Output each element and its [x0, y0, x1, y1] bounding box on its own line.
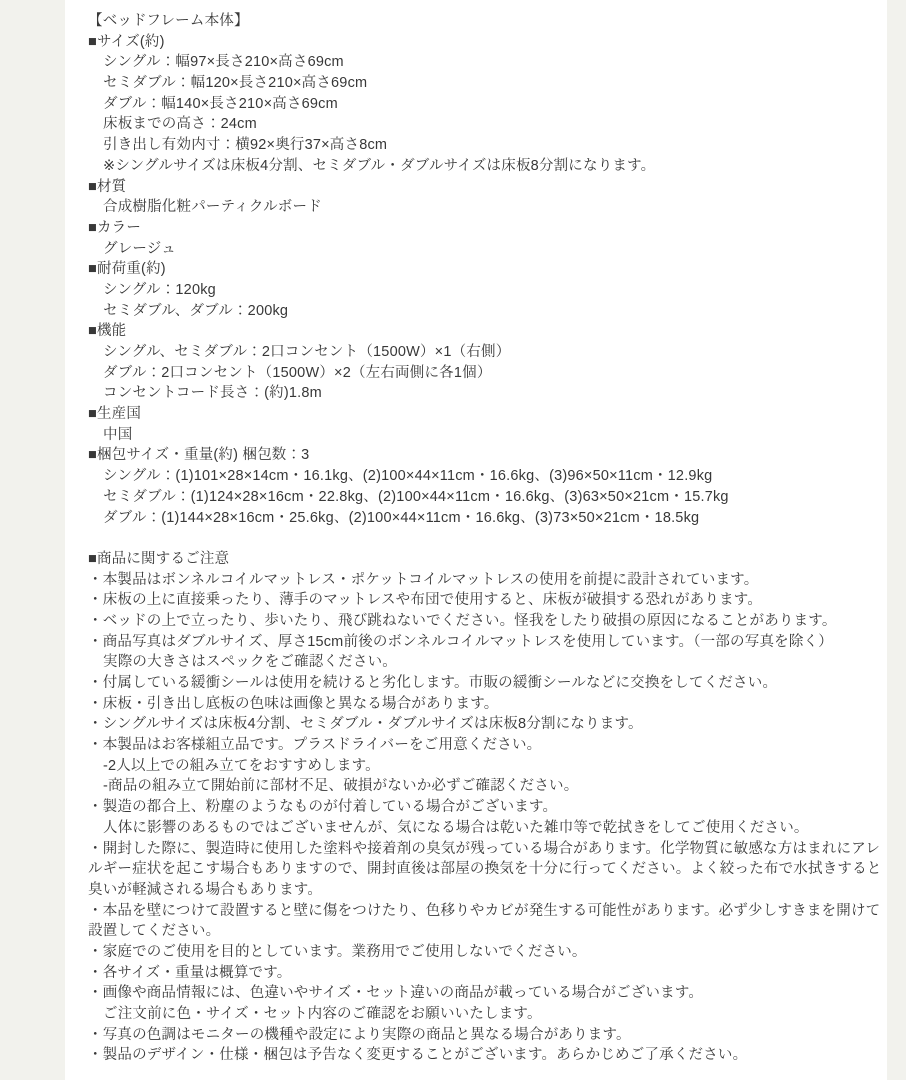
notice-line: ・シングルサイズは床板4分割、セミダブル・ダブルサイズは床板8分割になります。	[88, 714, 887, 735]
notice-line: 設置してください。	[88, 921, 887, 942]
product-description-panel: 【ベッドフレーム本体】 ■サイズ(約)シングル：幅97×長さ210×高さ69cm…	[65, 0, 887, 1080]
spec-lines: ■サイズ(約)シングル：幅97×長さ210×高さ69cmセミダブル：幅120×長…	[88, 32, 887, 529]
notice-line: ・画像や商品情報には、色違いやサイズ・セット違いの商品が載っている場合がございま…	[88, 983, 887, 1004]
spec-line: シングル：120kg	[88, 280, 887, 301]
spec-line: 合成樹脂化粧パーティクルボード	[88, 197, 887, 218]
notice-line: ・ベッドの上で立ったり、歩いたり、飛び跳ねないでください。怪我をしたり破損の原因…	[88, 611, 887, 632]
notice-line: ・製品のデザイン・仕様・梱包は予告なく変更することがございます。あらかじめご了承…	[88, 1045, 887, 1066]
spec-line: コンセントコード長さ：(約)1.8m	[88, 383, 887, 404]
spec-line: シングル：(1)101×28×14cm・16.1kg、(2)100×44×11c…	[88, 466, 887, 487]
spec-section-title: ■耐荷重(約)	[88, 259, 887, 280]
notice-line: ・床板の上に直接乗ったり、薄手のマットレスや布団で使用すると、床板が破損する恐れ…	[88, 590, 887, 611]
notice-line: ・各サイズ・重量は概算です。	[88, 963, 887, 984]
product-spec-heading: 【ベッドフレーム本体】	[88, 11, 887, 32]
notice-line: ・床板・引き出し底板の色味は画像と異なる場合があります。	[88, 694, 887, 715]
notice-block: ■商品に関するご注意 ・本製品はボンネルコイルマットレス・ポケットコイルマットレ…	[88, 549, 887, 1066]
spec-line: 中国	[88, 425, 887, 446]
notice-line: -商品の組み立て開始前に部材不足、破損がないか必ずご確認ください。	[88, 776, 887, 797]
notice-line: 人体に影響のあるものではございませんが、気になる場合は乾いた雑巾等で乾拭きをして…	[88, 818, 887, 839]
spec-section-title: ■機能	[88, 321, 887, 342]
spec-section-title: ■材質	[88, 177, 887, 198]
spec-line: セミダブル：幅120×長さ210×高さ69cm	[88, 73, 887, 94]
spec-line: シングル：幅97×長さ210×高さ69cm	[88, 52, 887, 73]
notice-line: 実際の大きさはスペックをご確認ください。	[88, 652, 887, 673]
notice-line: ・家庭でのご使用を目的としています。業務用でご使用しないでください。	[88, 942, 887, 963]
notice-lines: ・本製品はボンネルコイルマットレス・ポケットコイルマットレスの使用を前提に設計さ…	[88, 570, 887, 1067]
product-description-content: 【ベッドフレーム本体】 ■サイズ(約)シングル：幅97×長さ210×高さ69cm…	[65, 0, 887, 1066]
spec-line: ダブル：2口コンセント（1500W）×2（左右両側に各1個）	[88, 363, 887, 384]
spec-line: 引き出し有効内寸：横92×奥行37×高さ8cm	[88, 135, 887, 156]
notice-line: ・写真の色調はモニターの機種や設定により実際の商品と異なる場合があります。	[88, 1025, 887, 1046]
spec-line: ※シングルサイズは床板4分割、セミダブル・ダブルサイズは床板8分割になります。	[88, 156, 887, 177]
notice-line: ・商品写真はダブルサイズ、厚さ15cm前後のボンネルコイルマットレスを使用してい…	[88, 632, 887, 653]
spec-line: セミダブル：(1)124×28×16cm・22.8kg、(2)100×44×11…	[88, 487, 887, 508]
spec-line: シングル、セミダブル：2口コンセント（1500W）×1（右側）	[88, 342, 887, 363]
spec-line: ダブル：幅140×長さ210×高さ69cm	[88, 94, 887, 115]
spec-section-title: ■生産国	[88, 404, 887, 425]
spec-line: ダブル：(1)144×28×16cm・25.6kg、(2)100×44×11cm…	[88, 508, 887, 529]
notice-line: ・本製品はお客様組立品です。プラスドライバーをご用意ください。	[88, 735, 887, 756]
spec-line: グレージュ	[88, 239, 887, 260]
spec-section-title: ■梱包サイズ・重量(約) 梱包数：3	[88, 445, 887, 466]
notice-line: ルギー症状を起こす場合もありますので、開封直後は部屋の換気を十分に行ってください…	[88, 859, 887, 880]
notice-line: ・製造の都合上、粉塵のようなものが付着している場合がございます。	[88, 797, 887, 818]
spec-section-title: ■カラー	[88, 218, 887, 239]
spec-section-title: ■サイズ(約)	[88, 32, 887, 53]
notice-line: ご注文前に色・サイズ・セット内容のご確認をお願いいたします。	[88, 1004, 887, 1025]
notice-line: -2人以上での組み立てをおすすめします。	[88, 756, 887, 777]
notice-line: ・開封した際に、製造時に使用した塗料や接着剤の臭気が残っている場合があります。化…	[88, 839, 887, 860]
notice-line: ・本製品はボンネルコイルマットレス・ポケットコイルマットレスの使用を前提に設計さ…	[88, 570, 887, 591]
spec-line: セミダブル、ダブル：200kg	[88, 301, 887, 322]
notice-line: ・本品を壁につけて設置すると壁に傷をつけたり、色移りやカビが発生する可能性があり…	[88, 901, 887, 922]
notice-line: ・付属している緩衝シールは使用を続けると劣化します。市販の緩衝シールなどに交換を…	[88, 673, 887, 694]
notice-heading: ■商品に関するご注意	[88, 549, 887, 570]
notice-line: 臭いが軽減される場合もあります。	[88, 880, 887, 901]
spec-line: 床板までの高さ：24cm	[88, 114, 887, 135]
